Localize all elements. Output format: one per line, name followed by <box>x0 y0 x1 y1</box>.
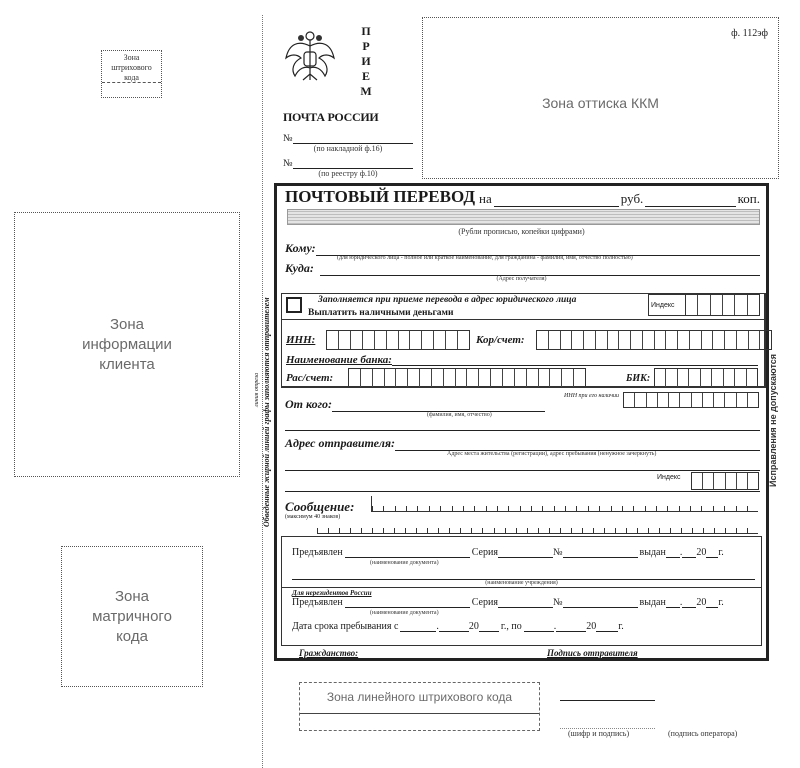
coat-of-arms-icon <box>283 28 338 88</box>
index-label-sender: Индекс <box>657 474 681 481</box>
series-label: Серия <box>472 547 498 558</box>
nr-doc-number-input[interactable] <box>563 598 638 608</box>
kop-label: коп. <box>738 191 760 207</box>
operator-signature-caption: (подпись оператора) <box>668 729 737 738</box>
stay-dates-label: Дата срока пребывания с <box>292 621 398 632</box>
issued-label-nr: выдан <box>640 597 666 608</box>
no-label-nr: № <box>553 597 563 608</box>
series-label-nr: Серия <box>472 597 498 608</box>
institution-caption: (наименование учреждения) <box>282 580 761 586</box>
stay-to-year-input[interactable] <box>596 622 618 632</box>
priem-letter: Р <box>360 39 372 54</box>
client-info-zone: Зона информации клиента <box>14 212 240 477</box>
sender-index-input[interactable] <box>691 472 759 490</box>
year-suffix: г. <box>718 547 723 558</box>
rasschet-input[interactable] <box>348 368 586 388</box>
rasschet-label: Рас/счет: <box>286 372 348 384</box>
register-number-field[interactable]: № (по реестру ф.10) <box>283 158 413 178</box>
sender-address-label: Адрес отправителя: <box>285 436 395 451</box>
number-sign: № <box>283 158 293 169</box>
nr-series-input[interactable] <box>498 598 553 608</box>
where-caption: (Адрес получателя) <box>277 276 766 282</box>
inn-label: ИНН: <box>286 334 326 346</box>
presented-label: Предъявлен <box>292 547 343 558</box>
org-name: ПОЧТА РОССИИ <box>283 110 378 125</box>
cipher-signature-caption: (шифр и подпись) <box>568 729 629 738</box>
nr-doc-name-caption: (наименование документа) <box>370 610 439 616</box>
cash-payout-checkbox[interactable] <box>286 297 302 313</box>
barcode-zone-small: Зона штрихового кода <box>101 50 162 98</box>
rub-label: руб. <box>621 191 644 207</box>
stay-to-month-input[interactable] <box>556 622 586 632</box>
priem-letter: Е <box>360 69 372 84</box>
register-caption: (по реестру ф.10) <box>283 169 413 178</box>
doc-number-input[interactable] <box>563 548 638 558</box>
sender-signature-label: Подпись отправителя <box>547 648 638 658</box>
stay-from-month-input[interactable] <box>439 622 469 632</box>
doc-name-caption: (наименование документа) <box>370 560 439 566</box>
bank-name-input[interactable] <box>392 354 758 366</box>
from-input-line2[interactable] <box>285 430 760 431</box>
linear-barcode-zone: Зона линейного штрихового кода <box>299 682 540 731</box>
series-input[interactable] <box>498 548 553 558</box>
client-info-zone-label: Зона информации клиента <box>72 315 182 375</box>
cash-payout-label: Выплатить наличными деньгами <box>308 308 453 318</box>
message-input-line1[interactable] <box>371 496 758 512</box>
nr-issued-year-input[interactable] <box>706 598 718 608</box>
priem-letter: И <box>360 54 372 69</box>
form-code: ф. 112эф <box>731 28 768 39</box>
sender-inn-input[interactable] <box>623 392 759 408</box>
presented-label-nr: Предъявлен <box>292 597 343 608</box>
rub-amount-input[interactable] <box>494 193 619 207</box>
kkm-zone-label: Зона оттиска ККМ <box>423 95 778 111</box>
priem-vertical: П Р И Е М <box>360 24 372 99</box>
year-prefix: 20 <box>696 547 706 558</box>
matrix-code-zone-label: Зона матричного кода <box>87 587 177 647</box>
year-prefix-from: 20 <box>469 621 479 632</box>
citizenship-label: Гражданство: <box>299 648 358 658</box>
korschet-label: Кор/счет: <box>476 334 536 346</box>
issued-day-input[interactable] <box>666 548 680 558</box>
sender-address-input[interactable] <box>395 439 760 451</box>
doc-name-input[interactable] <box>345 548 470 558</box>
sender-address-caption: Адрес места жительства (регистрации), ад… <box>447 451 656 457</box>
invoice-number-field[interactable]: № (по накладной ф.16) <box>283 133 413 153</box>
stay-to-label: г., по <box>501 621 522 632</box>
nr-issued-day-input[interactable] <box>666 598 680 608</box>
index-label: Индекс <box>649 302 685 309</box>
inn-if-any-label: ИНН при его наличии <box>547 393 619 400</box>
no-label: № <box>553 547 563 558</box>
left-vertical-small: линия отреза <box>254 360 260 420</box>
nonresident-label: Для нерезидентов России <box>292 589 372 597</box>
korschet-input[interactable] <box>536 330 772 350</box>
stay-to-day-input[interactable] <box>524 622 554 632</box>
nr-doc-name-input[interactable] <box>345 598 470 608</box>
priem-letter: П <box>360 24 372 39</box>
amount-words-input[interactable] <box>287 209 760 225</box>
invoice-caption: (по накладной ф.16) <box>283 144 413 153</box>
where-label: Куда: <box>285 261 314 276</box>
inn-input[interactable] <box>326 330 470 350</box>
amount-caption: (Рубли прописью, копейки цифрами) <box>277 227 766 236</box>
issued-year-input[interactable] <box>706 548 718 558</box>
bik-input[interactable] <box>654 368 758 388</box>
form-title: ПОЧТОВЫЙ ПЕРЕВОД <box>285 187 475 207</box>
linear-barcode-zone-label: Зона линейного штрихового кода <box>300 683 539 714</box>
legal-note: Заполняется при приеме перевода в адрес … <box>318 295 576 305</box>
from-caption: (фамилия, имя, отчество) <box>427 412 492 418</box>
stay-from-year-input[interactable] <box>479 622 499 632</box>
matrix-code-zone: Зона матричного кода <box>61 546 203 687</box>
left-vertical-note: Обведенные жирной линией графы заполняют… <box>262 262 271 562</box>
year-suffix-nr: г. <box>718 597 723 608</box>
sender-address-line2[interactable] <box>285 470 760 471</box>
issued-month-input[interactable] <box>682 548 696 558</box>
year-suffix-to: г. <box>618 621 623 632</box>
to-label: Кому: <box>285 241 316 256</box>
kkm-zone: ф. 112эф Зона оттиска ККМ <box>422 17 779 179</box>
where-input[interactable] <box>320 264 760 276</box>
stay-from-day-input[interactable] <box>400 622 436 632</box>
from-label: От кого: <box>285 397 332 412</box>
form-title-na: на <box>479 191 492 207</box>
kop-amount-input[interactable] <box>645 193 735 207</box>
nr-issued-month-input[interactable] <box>682 598 696 608</box>
message-label: Сообщение: <box>285 499 354 515</box>
number-sign: № <box>283 133 293 144</box>
cipher-signature-line[interactable] <box>560 700 655 701</box>
message-input-line2[interactable] <box>317 518 758 534</box>
priem-letter: М <box>360 84 372 99</box>
year-prefix-nr: 20 <box>696 597 706 608</box>
bik-label: БИК: <box>626 373 654 384</box>
barcode-zone-small-label: Зона штрихового кода <box>102 51 161 83</box>
from-input[interactable] <box>332 400 545 412</box>
right-vertical-note: Исправления не допускаются <box>768 330 778 510</box>
year-prefix-to: 20 <box>586 621 596 632</box>
postal-transfer-form: ПОЧТОВЫЙ ПЕРЕВОД на руб. коп. (Рубли про… <box>274 183 769 661</box>
recipient-index-input[interactable] <box>685 295 759 315</box>
sender-address-line3[interactable] <box>285 491 760 492</box>
bank-name-label: Наименование банка: <box>286 354 392 366</box>
issued-label: выдан <box>640 547 666 558</box>
